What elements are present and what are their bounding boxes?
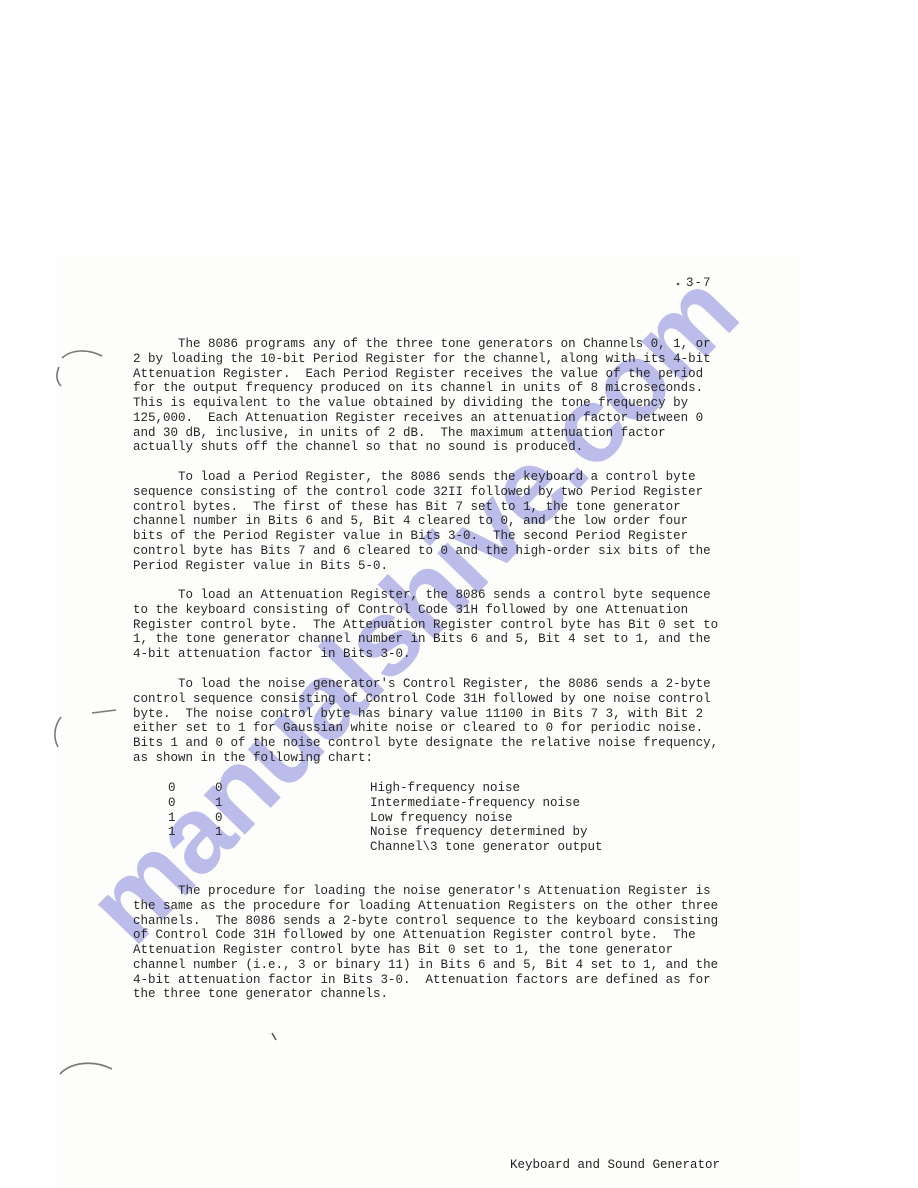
- bit1-value: 1: [168, 825, 176, 839]
- noise-chart-row: 1 0 Low frequency noise: [133, 811, 633, 826]
- noise-chart-row: 0 0 High-frequency noise: [133, 781, 633, 796]
- paragraph-noise-control: To load the noise generator's Control Re…: [133, 677, 718, 766]
- noise-label: High-frequency noise: [370, 781, 520, 796]
- noise-frequency-chart: 0 0 High-frequency noise 0 1 Intermediat…: [133, 781, 633, 840]
- paragraph-attenuation-register: To load an Attenuation Register, the 808…: [133, 588, 718, 662]
- noise-chart-row: 1 1 Noise frequency determined by Channe…: [133, 825, 633, 840]
- footer-chapter-title: Keyboard and Sound Generator: [510, 1158, 720, 1172]
- page-number: 3-7: [686, 276, 712, 290]
- paragraph-tone-generators: The 8086 programs any of the three tone …: [133, 337, 711, 455]
- bit0-value: 1: [215, 796, 223, 810]
- scanned-page: manualshive.com 3-7 The 8086 programs an…: [0, 0, 918, 1188]
- bit0-value: 0: [215, 811, 223, 825]
- noise-label: Low frequency noise: [370, 811, 513, 826]
- bit1-value: 1: [168, 811, 176, 825]
- bit0-value: 0: [215, 781, 223, 795]
- bit1-value: 0: [168, 781, 176, 795]
- paragraph-period-register: To load a Period Register, the 8086 send…: [133, 470, 711, 573]
- noise-label: Noise frequency determined by Channel\3 …: [370, 825, 603, 855]
- paragraph-noise-attenuation: The procedure for loading the noise gene…: [133, 884, 718, 1002]
- noise-label: Intermediate-frequency noise: [370, 796, 580, 811]
- bit1-value: 0: [168, 796, 176, 810]
- bit0-value: 1: [215, 825, 223, 839]
- noise-chart-row: 0 1 Intermediate-frequency noise: [133, 796, 633, 811]
